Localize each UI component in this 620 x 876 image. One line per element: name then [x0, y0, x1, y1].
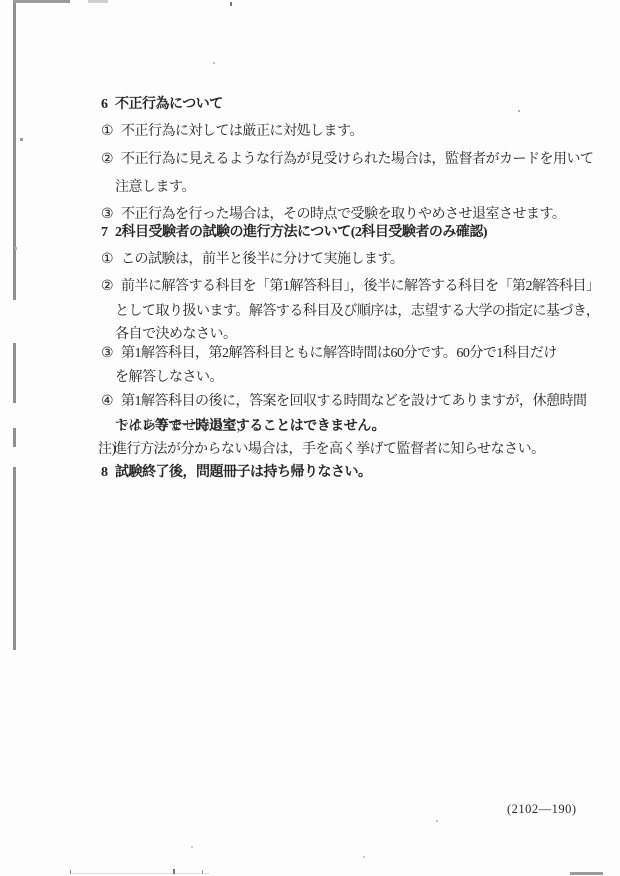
continuation-line: 各自で決めなさい。: [0, 326, 620, 346]
continuation-text: ではありませんので，トイレ等で一時退室することはできません。: [115, 418, 385, 436]
section-title: 不正行為について: [115, 96, 223, 114]
list-item-text: 第1解答科目の後に，答案を回収する時間などを設けてありますが，休憩時間: [121, 393, 587, 411]
list-item: ② 不正行為に見えるような行為が見受けられた場合は，監督者がカードを用いて: [0, 151, 620, 171]
section-number: 8: [101, 464, 108, 482]
section-number: 7: [101, 224, 108, 242]
scan-edge-bottom-line: [70, 873, 210, 874]
list-item-text: 不正行為を行った場合は，その時点で受験を取りやめさせ退室させます。: [121, 206, 565, 224]
scan-edge-top-line: [13, 0, 70, 3]
scan-speck: [15, 247, 17, 250]
scan-speck: [230, 2, 232, 6]
list-item: ④ 第1解答科目の後に，答案を回収する時間などを設けてありますが，休憩時間: [0, 393, 620, 413]
circled-number-marker: ①: [101, 251, 113, 269]
continuation-line: を解答しなさい。: [0, 369, 620, 389]
list-item-text: 不正行為に見えるような行為が見受けられた場合は，監督者がカードを用いて: [121, 151, 594, 169]
scan-speck: [202, 870, 203, 874]
circled-number-marker: ③: [101, 206, 113, 224]
circled-number-marker: ①: [101, 123, 113, 141]
circled-number-marker: ③: [101, 345, 113, 363]
continuation-text: として取り扱います。解答する科目及び順序は，志望する大学の指定に基づき，: [115, 303, 599, 321]
list-item-text: この試験は，前半と後半に分けて実施します。: [121, 251, 403, 269]
scan-edge-bottom-right-line: [570, 872, 603, 875]
note-text: 進行方法が分からない場合は，手を高く挙げて監督者に知らせなさい。: [113, 441, 545, 459]
continuation-line: 注意します。: [0, 179, 620, 199]
section-number: 6: [101, 96, 108, 114]
section-title: 試験終了後，問題冊子は持ち帰りなさい。: [115, 464, 372, 482]
scanned-document-page: 6 不正行為について ① 不正行為に対しては厳正に対処します。 ② 不正行為に見…: [0, 0, 620, 876]
scan-speck: [191, 846, 193, 848]
section-8-heading: 8 試験終了後，問題冊子は持ち帰りなさい。: [0, 464, 620, 484]
continuation-line: ではありませんので，トイレ等で一時退室することはできません。: [0, 418, 620, 438]
section-6-heading: 6 不正行為について: [0, 96, 620, 116]
scan-edge-top-line: [88, 0, 108, 3]
scan-edge-vertical-line: [13, 467, 16, 650]
continuation-text: を解答しなさい。: [115, 369, 223, 387]
list-item: ③ 第1解答科目，第2解答科目ともに解答時間は60分です。60分で1科目だけ: [0, 345, 620, 365]
circled-number-marker: ④: [101, 393, 113, 411]
continuation-text: 各自で決めなさい。: [115, 326, 237, 344]
section-title: 2科目受験者の試験の進行方法について(2科目受験者のみ確認): [115, 224, 487, 242]
scan-speck: [213, 62, 215, 64]
list-item: ① この試験は，前半と後半に分けて実施します。: [0, 251, 620, 271]
list-item: ① 不正行為に対しては厳正に対処します。: [0, 123, 620, 143]
list-item-text: 前半に解答する科目を「第1解答科目」，後半に解答する科目を「第2解答科目」: [121, 278, 600, 296]
list-item: ③ 不正行為を行った場合は，その時点で受験を取りやめさせ退室させます。: [0, 206, 620, 226]
list-item: ② 前半に解答する科目を「第1解答科目」，後半に解答する科目を「第2解答科目」: [0, 278, 620, 298]
circled-number-marker: ②: [101, 278, 113, 296]
scan-speck: [173, 869, 175, 874]
scan-speck: [70, 870, 71, 874]
footer-page-code: (2102—190): [507, 802, 577, 817]
scan-speck: [436, 820, 438, 822]
list-item-text: 不正行為に対しては厳正に対処します。: [121, 123, 363, 141]
section-7-heading: 7 2科目受験者の試験の進行方法について(2科目受験者のみ確認): [0, 224, 620, 244]
scan-speck: [363, 856, 365, 858]
continuation-text: 注意します。: [115, 179, 195, 197]
list-item-text: 第1解答科目，第2解答科目ともに解答時間は60分です。60分で1科目だけ: [121, 345, 557, 363]
continuation-line: として取り扱います。解答する科目及び順序は，志望する大学の指定に基づき，: [0, 303, 620, 323]
circled-number-marker: ②: [101, 151, 113, 169]
note-line: 注) 進行方法が分からない場合は，手を高く挙げて監督者に知らせなさい。: [0, 441, 620, 461]
continuation-text-regular: ではありませんので，: [115, 418, 250, 436]
